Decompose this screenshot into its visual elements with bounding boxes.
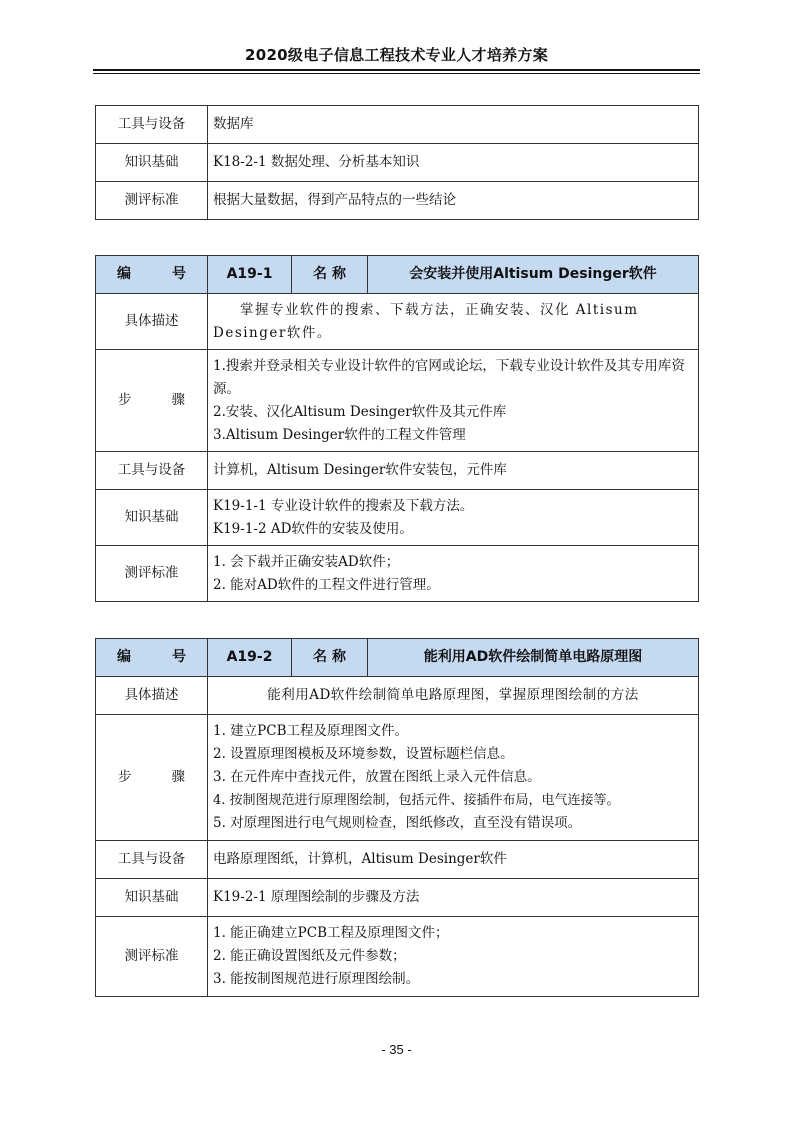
knowledge-label: 知识基础	[96, 879, 208, 917]
table-continuation: 工具与设备 数据库 知识基础 K18-2-1 数据处理、分析基本知识 测评标准 …	[95, 105, 699, 220]
criteria-label: 测评标准	[96, 546, 208, 602]
name-value: 能利用AD软件绘制简单电路原理图	[368, 639, 699, 677]
table-row-knowledge: 知识基础 K19-1-1 专业设计软件的搜索及下载方法。 K19-1-2 AD软…	[96, 490, 699, 546]
knowledge-value: K19-2-1 原理图绘制的步骤及方法	[208, 879, 699, 917]
row-label: 测评标准	[96, 182, 208, 220]
knowledge-item: K19-1-2 AD软件的安装及使用。	[213, 518, 693, 541]
table-row-criteria: 测评标准 1. 能正确建立PCB工程及原理图文件； 2. 能正确设置图纸及元件参…	[96, 917, 699, 997]
step-item: 2.安装、汉化Altisum Desinger软件及其元件库	[213, 401, 693, 424]
code-value: A19-1	[208, 256, 292, 294]
step-item: 2. 设置原理图模板及环境参数，设置标题栏信息。	[213, 743, 693, 766]
name-label: 名称	[292, 256, 368, 294]
page-number: - 35 -	[0, 1042, 793, 1057]
description-value: 掌握专业软件的搜索、下载方法，正确安装、汉化 Altisum Desinger软…	[208, 294, 699, 350]
steps-value: 1. 建立PCB工程及原理图文件。 2. 设置原理图模板及环境参数，设置标题栏信…	[208, 715, 699, 841]
header-rule-thin	[93, 73, 700, 74]
code-label: 编号	[96, 639, 208, 677]
table-row-criteria: 测评标准 1. 会下载并正确安装AD软件； 2. 能对AD软件的工程文件进行管理…	[96, 546, 699, 602]
table-row-tools: 工具与设备 电路原理图纸，计算机，Altisum Desinger软件	[96, 841, 699, 879]
table-row: 工具与设备 数据库	[96, 106, 699, 144]
table-row-knowledge: 知识基础 K19-2-1 原理图绘制的步骤及方法	[96, 879, 699, 917]
criteria-value: 1. 会下载并正确安装AD软件； 2. 能对AD软件的工程文件进行管理。	[208, 546, 699, 602]
step-item: 5. 对原理图进行电气规则检查，图纸修改，直至没有错误项。	[213, 812, 693, 835]
step-item: 3. 在元件库中查找元件，放置在图纸上录入元件信息。	[213, 766, 693, 789]
table-row-steps: 步骤 1. 建立PCB工程及原理图文件。 2. 设置原理图模板及环境参数，设置标…	[96, 715, 699, 841]
tools-label: 工具与设备	[96, 452, 208, 490]
name-label: 名称	[292, 639, 368, 677]
criteria-label: 测评标准	[96, 917, 208, 997]
criteria-item: 3. 能按制图规范进行原理图绘制。	[213, 968, 693, 991]
tools-value: 电路原理图纸，计算机，Altisum Desinger软件	[208, 841, 699, 879]
row-value: K18-2-1 数据处理、分析基本知识	[208, 144, 699, 182]
knowledge-item: K19-2-1 原理图绘制的步骤及方法	[213, 886, 693, 909]
criteria-item: 2. 能正确设置图纸及元件参数；	[213, 945, 693, 968]
criteria-item: 1. 会下载并正确安装AD软件；	[213, 551, 693, 574]
code-value: A19-2	[208, 639, 292, 677]
table-header-row: 编号 A19-2 名称 能利用AD软件绘制简单电路原理图	[96, 639, 699, 677]
step-item: 4. 按制图规范进行原理图绘制，包括元件、接插件布局，电气连接等。	[213, 789, 693, 812]
knowledge-item: K19-1-1 专业设计软件的搜索及下载方法。	[213, 495, 693, 518]
criteria-item: 2. 能对AD软件的工程文件进行管理。	[213, 574, 693, 597]
steps-value: 1.搜索并登录相关专业设计软件的官网或论坛，下载专业设计软件及其专用库资源。 2…	[208, 350, 699, 452]
table-row-tools: 工具与设备 计算机，Altisum Desinger软件安装包，元件库	[96, 452, 699, 490]
tools-value: 计算机，Altisum Desinger软件安装包，元件库	[208, 452, 699, 490]
table-row-description: 具体描述 掌握专业软件的搜索、下载方法，正确安装、汉化 Altisum Desi…	[96, 294, 699, 350]
table-task-a19-1: 编号 A19-1 名称 会安装并使用Altisum Desinger软件 具体描…	[95, 255, 699, 602]
step-item: 1.搜索并登录相关专业设计软件的官网或论坛，下载专业设计软件及其专用库资源。	[213, 355, 693, 401]
description-value: 能利用AD软件绘制简单电路原理图，掌握原理图绘制的方法	[208, 677, 699, 715]
tools-label: 工具与设备	[96, 841, 208, 879]
description-label: 具体描述	[96, 294, 208, 350]
table-row-description: 具体描述 能利用AD软件绘制简单电路原理图，掌握原理图绘制的方法	[96, 677, 699, 715]
criteria-item: 1. 能正确建立PCB工程及原理图文件；	[213, 922, 693, 945]
steps-label: 步骤	[96, 350, 208, 452]
row-label: 工具与设备	[96, 106, 208, 144]
criteria-value: 1. 能正确建立PCB工程及原理图文件； 2. 能正确设置图纸及元件参数； 3.…	[208, 917, 699, 997]
header-rule-thick	[93, 69, 700, 71]
table-row: 测评标准 根据大量数据，得到产品特点的一些结论	[96, 182, 699, 220]
table-header-row: 编号 A19-1 名称 会安装并使用Altisum Desinger软件	[96, 256, 699, 294]
name-value: 会安装并使用Altisum Desinger软件	[368, 256, 699, 294]
step-item: 3.Altisum Desinger软件的工程文件管理	[213, 424, 693, 447]
row-value: 根据大量数据，得到产品特点的一些结论	[208, 182, 699, 220]
row-value: 数据库	[208, 106, 699, 144]
knowledge-label: 知识基础	[96, 490, 208, 546]
steps-label: 步骤	[96, 715, 208, 841]
description-label: 具体描述	[96, 677, 208, 715]
code-label: 编号	[96, 256, 208, 294]
table-row-steps: 步骤 1.搜索并登录相关专业设计软件的官网或论坛，下载专业设计软件及其专用库资源…	[96, 350, 699, 452]
knowledge-value: K19-1-1 专业设计软件的搜索及下载方法。 K19-1-2 AD软件的安装及…	[208, 490, 699, 546]
table-task-a19-2: 编号 A19-2 名称 能利用AD软件绘制简单电路原理图 具体描述 能利用AD软…	[95, 638, 699, 997]
table-row: 知识基础 K18-2-1 数据处理、分析基本知识	[96, 144, 699, 182]
step-item: 1. 建立PCB工程及原理图文件。	[213, 720, 693, 743]
row-label: 知识基础	[96, 144, 208, 182]
document-header-title: 2020级电子信息工程技术专业人才培养方案	[0, 44, 793, 65]
